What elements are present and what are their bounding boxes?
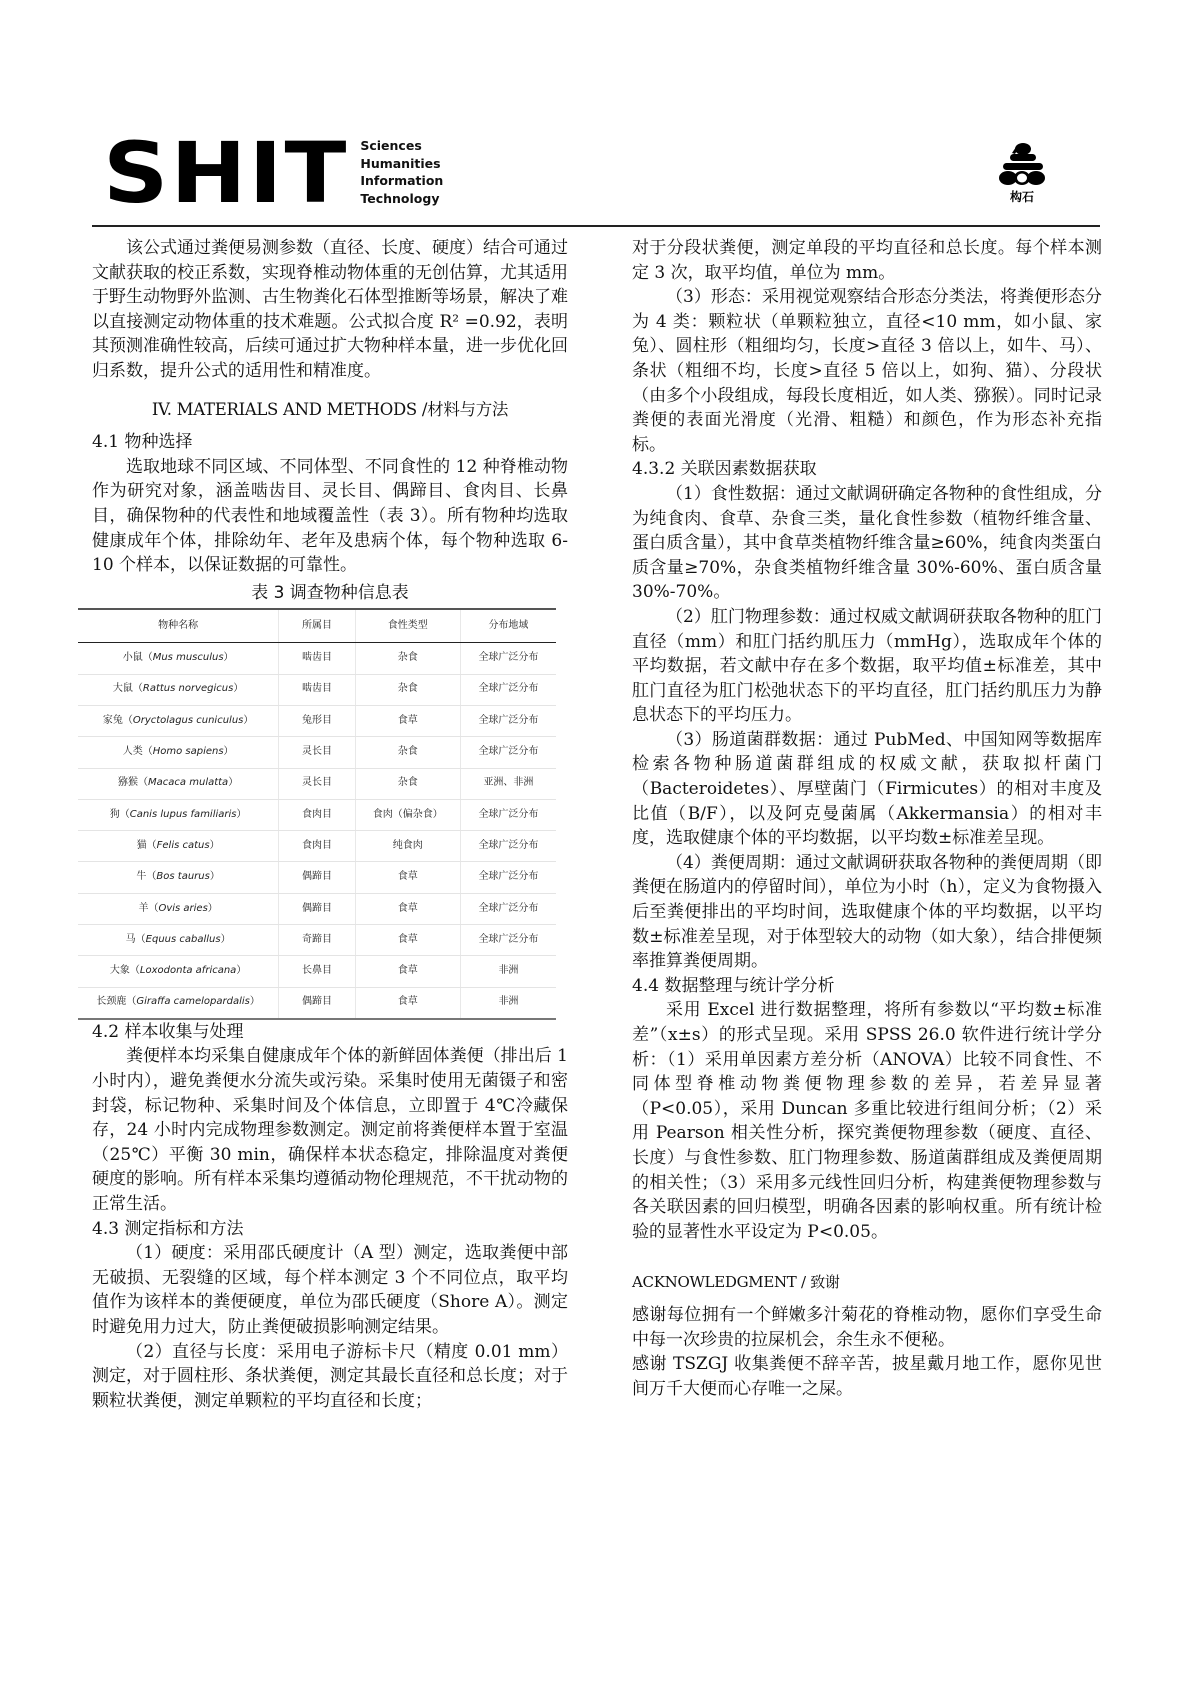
paren-open: （ (126, 996, 136, 1007)
table-caption: 表 3 调查物种信息表 (92, 581, 568, 606)
diameter-length-paragraph: （2）直径与长度：采用电子游标卡尺（精度 0.01 mm）测定，对于圆柱形、条状… (92, 1340, 568, 1414)
paren-open: （ (138, 777, 148, 788)
table-row: 猕猴（Macaca mulatta）灵长目杂食亚洲、非洲 (78, 768, 556, 799)
acknowledgment-title: ACKNOWLEDGMENT / 致谢 (632, 1270, 1102, 1295)
species-name-cell: 马（Equus caballus） (78, 924, 279, 955)
species-name-cell: 家兔（Oryctolagus cuniculus） (78, 705, 279, 736)
scientific-name: Giraffa camelopardalis (136, 996, 250, 1007)
section-title-materials-methods: IV. MATERIALS AND METHODS /材料与方法 (92, 398, 568, 423)
table-header-row: 物种名称 所属目 食性类型 分布地域 (78, 609, 556, 643)
paren-open: （ (143, 652, 153, 663)
paren-open: （ (130, 965, 140, 976)
morphology-paragraph: （3）形态：采用视觉观察结合形态分类法，将粪便形态分为 4 类：颗粒状（单颗粒独… (632, 285, 1102, 457)
subsection-title-4-2: 4.2 样本收集与处理 (92, 1020, 568, 1045)
paren-open: （ (123, 715, 133, 726)
species-name-cell: 长颈鹿（Giraffa camelopardalis） (78, 987, 279, 1019)
scientific-name: Homo sapiens (153, 746, 224, 757)
table-row: 猫（Felis catus）食肉目纯食肉全球广泛分布 (78, 831, 556, 862)
scientific-name: Felis catus (157, 840, 210, 851)
order-cell: 兔形目 (279, 705, 355, 736)
common-name: 小鼠 (123, 652, 143, 663)
paren-close: ） (228, 777, 238, 788)
fecal-cycle-paragraph: （4）粪便周期：通过文献调研获取各物种的粪便周期（即粪便在肠道内的停留时间），单… (632, 851, 1102, 974)
header-divider (92, 225, 1100, 227)
region-cell: 全球广泛分布 (460, 831, 556, 862)
table-row: 羊（Ovis aries）偶蹄目食草全球广泛分布 (78, 893, 556, 924)
region-cell: 全球广泛分布 (460, 674, 556, 705)
diet-cell: 杂食 (355, 737, 460, 768)
diet-cell: 杂食 (355, 768, 460, 799)
species-table: 物种名称 所属目 食性类型 分布地域 小鼠（Mus musculus）啮齿目杂食… (78, 608, 556, 1020)
species-name-cell: 人类（Homo sapiens） (78, 737, 279, 768)
paren-open: （ (133, 683, 143, 694)
table-row: 小鼠（Mus musculus）啮齿目杂食全球广泛分布 (78, 643, 556, 674)
species-table-body: 小鼠（Mus musculus）啮齿目杂食全球广泛分布大鼠（Rattus nor… (78, 643, 556, 1019)
order-cell: 偶蹄目 (279, 862, 355, 893)
order-cell: 啮齿目 (279, 674, 355, 705)
region-cell: 全球广泛分布 (460, 893, 556, 924)
order-cell: 食肉目 (279, 799, 355, 830)
order-cell: 偶蹄目 (279, 987, 355, 1019)
seal-label: 构石 (990, 188, 1054, 205)
column-header: 物种名称 (78, 609, 279, 643)
species-name-cell: 大鼠（Rattus norvegicus） (78, 674, 279, 705)
column-header: 所属目 (279, 609, 355, 643)
paren-close: ） (224, 652, 234, 663)
table-row: 马（Equus caballus）奇蹄目食草全球广泛分布 (78, 924, 556, 955)
region-cell: 全球广泛分布 (460, 924, 556, 955)
order-cell: 灵长目 (279, 768, 355, 799)
scientific-name: Rattus norvegicus (143, 683, 233, 694)
logo-word: Technology (360, 190, 443, 208)
paren-close: ） (237, 809, 247, 820)
logo-word: Information (360, 172, 443, 190)
common-name: 猫 (137, 840, 147, 851)
paren-close: ） (210, 871, 220, 882)
column-header: 分布地域 (460, 609, 556, 643)
scientific-name: Equus caballus (146, 934, 221, 945)
paren-close: ） (233, 683, 243, 694)
region-cell: 全球广泛分布 (460, 643, 556, 674)
continued-paragraph: 对于分段状粪便，测定单段的平均直径和总长度。每个样本测定 3 次，取平均值，单位… (632, 236, 1102, 285)
diet-cell: 杂食 (355, 674, 460, 705)
common-name: 人类 (123, 746, 143, 757)
anal-parameters-paragraph: （2）肛门物理参数：通过权威文献调研获取各物种的肛门直径（mm）和肛门括约肌压力… (632, 605, 1102, 728)
diet-cell: 食草 (355, 924, 460, 955)
common-name: 羊 (138, 903, 148, 914)
common-name: 猕猴 (118, 777, 138, 788)
table-row: 狗（Canis lupus familiaris）食肉目食肉（偏杂食）全球广泛分… (78, 799, 556, 830)
region-cell: 亚洲、非洲 (460, 768, 556, 799)
common-name: 牛 (136, 871, 146, 882)
paren-open: （ (146, 871, 156, 882)
subsection-title-4-1: 4.1 物种选择 (92, 430, 568, 455)
order-cell: 灵长目 (279, 737, 355, 768)
gut-microbiota-paragraph: （3）肠道菌群数据：通过 PubMed、中国知网等数据库检索各物种肠道菌群组成的… (632, 728, 1102, 851)
subsection-title-4-4: 4.4 数据整理与统计学分析 (632, 974, 1102, 999)
table-row: 家兔（Oryctolagus cuniculus）兔形目食草全球广泛分布 (78, 705, 556, 736)
left-column: 该公式通过粪便易测参数（直径、长度、硬度）结合可通过文献获取的校正系数，实现脊椎… (92, 236, 568, 1413)
region-cell: 全球广泛分布 (460, 705, 556, 736)
paren-open: （ (136, 934, 146, 945)
journal-logo: SHIT Sciences Humanities Information Tec… (103, 137, 443, 207)
species-selection-paragraph: 选取地球不同区域、不同体型、不同食性的 12 种脊椎动物作为研究对象，涵盖啮齿目… (92, 455, 568, 578)
region-cell: 非洲 (460, 987, 556, 1019)
diet-cell: 食草 (355, 893, 460, 924)
stone-pile-seal: 构石 (990, 140, 1054, 204)
species-name-cell: 小鼠（Mus musculus） (78, 643, 279, 674)
column-header: 食性类型 (355, 609, 460, 643)
paren-open: （ (148, 903, 158, 914)
logo-subtitle: Sciences Humanities Information Technolo… (360, 137, 443, 207)
intro-paragraph: 该公式通过粪便易测参数（直径、长度、硬度）结合可通过文献获取的校正系数，实现脊椎… (92, 236, 568, 384)
species-name-cell: 牛（Bos taurus） (78, 862, 279, 893)
region-cell: 非洲 (460, 956, 556, 987)
logo-word: Humanities (360, 155, 443, 173)
diet-cell: 纯食肉 (355, 831, 460, 862)
common-name: 大象 (110, 965, 130, 976)
diet-cell: 食草 (355, 956, 460, 987)
region-cell: 全球广泛分布 (460, 799, 556, 830)
region-cell: 全球广泛分布 (460, 862, 556, 893)
species-name-cell: 狗（Canis lupus familiaris） (78, 799, 279, 830)
table-row: 人类（Homo sapiens）灵长目杂食全球广泛分布 (78, 737, 556, 768)
common-name: 长颈鹿 (96, 996, 126, 1007)
hardness-paragraph: （1）硬度：采用邵氏硬度计（A 型）测定，选取粪便中部无破损、无裂缝的区域，每个… (92, 1241, 568, 1339)
diet-data-paragraph: （1）食性数据：通过文献调研确定各物种的食性组成，分为纯食肉、食草、杂食三类，量… (632, 482, 1102, 605)
page-header: SHIT Sciences Humanities Information Tec… (0, 0, 1190, 228)
order-cell: 长鼻目 (279, 956, 355, 987)
table-row: 长颈鹿（Giraffa camelopardalis）偶蹄目食草非洲 (78, 987, 556, 1019)
sample-collection-paragraph: 粪便样本均采集自健康成年个体的新鲜固体粪便（排出后 1 小时内），避免粪便水分流… (92, 1044, 568, 1216)
order-cell: 奇蹄目 (279, 924, 355, 955)
paren-close: ） (236, 965, 246, 976)
common-name: 家兔 (103, 715, 123, 726)
species-name-cell: 大象（Loxodonta africana） (78, 956, 279, 987)
scientific-name: Ovis aries (158, 903, 207, 914)
paren-close: ） (221, 934, 231, 945)
stone-pile-icon (990, 140, 1054, 188)
paren-open: （ (120, 809, 130, 820)
logo-word: Sciences (360, 137, 443, 155)
subsection-title-4-3: 4.3 测定指标和方法 (92, 1217, 568, 1242)
table-row: 大象（Loxodonta africana）长鼻目食草非洲 (78, 956, 556, 987)
species-name-cell: 猫（Felis catus） (78, 831, 279, 862)
species-name-cell: 羊（Ovis aries） (78, 893, 279, 924)
region-cell: 全球广泛分布 (460, 737, 556, 768)
diet-cell: 食草 (355, 987, 460, 1019)
diet-cell: 食草 (355, 862, 460, 893)
acknowledgment-paragraph-1: 感谢每位拥有一个鲜嫩多汁菊花的脊椎动物，愿你们享受生命中每一次珍贵的拉屎机会，余… (632, 1303, 1102, 1352)
statistics-paragraph: 采用 Excel 进行数据整理，将所有参数以“平均数±标准差”（x±s）的形式呈… (632, 998, 1102, 1244)
diet-cell: 杂食 (355, 643, 460, 674)
right-column: 对于分段状粪便，测定单段的平均直径和总长度。每个样本测定 3 次，取平均值，单位… (632, 236, 1102, 1401)
paren-close: ） (243, 715, 253, 726)
scientific-name: Mus musculus (153, 652, 224, 663)
paren-close: ） (210, 840, 220, 851)
paren-close: ） (250, 996, 260, 1007)
diet-cell: 食肉（偏杂食） (355, 799, 460, 830)
common-name: 大鼠 (113, 683, 133, 694)
scientific-name: Oryctolagus cuniculus (133, 715, 244, 726)
diet-cell: 食草 (355, 705, 460, 736)
paren-open: （ (147, 840, 157, 851)
paren-open: （ (143, 746, 153, 757)
paren-close: ） (208, 903, 218, 914)
common-name: 狗 (110, 809, 120, 820)
order-cell: 偶蹄目 (279, 893, 355, 924)
scientific-name: Bos taurus (156, 871, 209, 882)
paren-close: ） (224, 746, 234, 757)
subsection-title-4-3-2: 4.3.2 关联因素数据获取 (632, 457, 1102, 482)
order-cell: 食肉目 (279, 831, 355, 862)
common-name: 马 (126, 934, 136, 945)
acknowledgment-paragraph-2: 感谢 TSZGJ 收集粪便不辞辛苦，披星戴月地工作，愿你见世间万千大便而心存唯一… (632, 1352, 1102, 1401)
scientific-name: Macaca mulatta (148, 777, 228, 788)
species-name-cell: 猕猴（Macaca mulatta） (78, 768, 279, 799)
scientific-name: Canis lupus familiaris (130, 809, 237, 820)
scientific-name: Loxodonta africana (140, 965, 236, 976)
table-row: 大鼠（Rattus norvegicus）啮齿目杂食全球广泛分布 (78, 674, 556, 705)
table-row: 牛（Bos taurus）偶蹄目食草全球广泛分布 (78, 862, 556, 893)
order-cell: 啮齿目 (279, 643, 355, 674)
logo-wordmark: SHIT (103, 139, 349, 207)
